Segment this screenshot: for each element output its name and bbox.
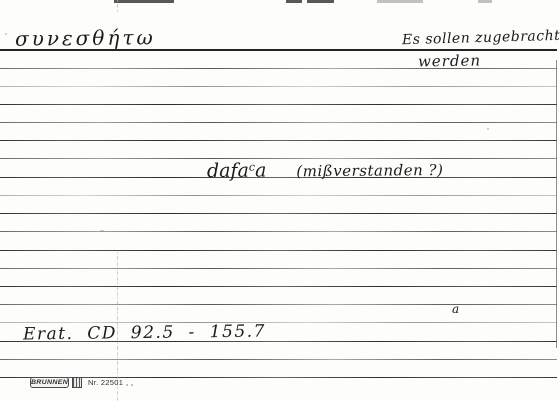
ruled-line	[0, 304, 557, 305]
ruled-line	[0, 122, 557, 123]
index-card-scan: συνεσθήτω Es sollen zugebracht werden da…	[0, 0, 560, 401]
scan-artifact	[307, 0, 334, 3]
brunnen-logo: BRUNNEN	[30, 377, 69, 388]
stray-letter: a	[452, 302, 459, 316]
ruled-line	[0, 213, 557, 214]
greek-heading: συνεσθήτω	[15, 25, 156, 50]
ruled-line	[0, 286, 557, 287]
scan-artifact	[377, 0, 423, 3]
ruled-line	[0, 231, 557, 232]
top-right-note-line2: werden	[418, 51, 481, 70]
scan-speck	[126, 384, 128, 386]
scan-speck	[487, 128, 489, 130]
ruled-line	[0, 268, 557, 269]
ruled-line	[0, 104, 557, 105]
arabic-term: dafaca	[207, 160, 267, 183]
card-number: Nr. 22501	[88, 378, 123, 387]
bottom-reference: Erat. CD 92.5 - 155.7	[23, 322, 266, 345]
scan-artifact	[286, 0, 302, 3]
term-annotation: (mißverstanden ?)	[296, 161, 443, 180]
scan-edge-line	[556, 60, 557, 348]
scan-artifact	[478, 0, 492, 3]
brunnen-logo-icon	[72, 377, 82, 388]
scan-artifact	[114, 0, 174, 3]
brunnen-logo-text: BRUNNEN	[31, 379, 68, 386]
ruled-line	[0, 359, 557, 360]
card-footer: BRUNNEN Nr. 22501	[30, 377, 133, 388]
ruled-line	[0, 140, 557, 141]
scan-crease	[117, 0, 118, 12]
ruled-line	[0, 250, 557, 251]
term-tail: a	[255, 160, 267, 182]
scan-speck	[100, 230, 104, 232]
term-base: dafa	[207, 160, 249, 182]
ruled-line	[0, 195, 557, 196]
top-right-note-line1: Es sollen zugebracht	[402, 28, 560, 48]
scan-speck	[131, 384, 133, 386]
center-entry: dafaca(mißverstanden ?)	[207, 158, 444, 182]
scan-speck	[5, 33, 7, 35]
ruled-line	[0, 86, 557, 87]
